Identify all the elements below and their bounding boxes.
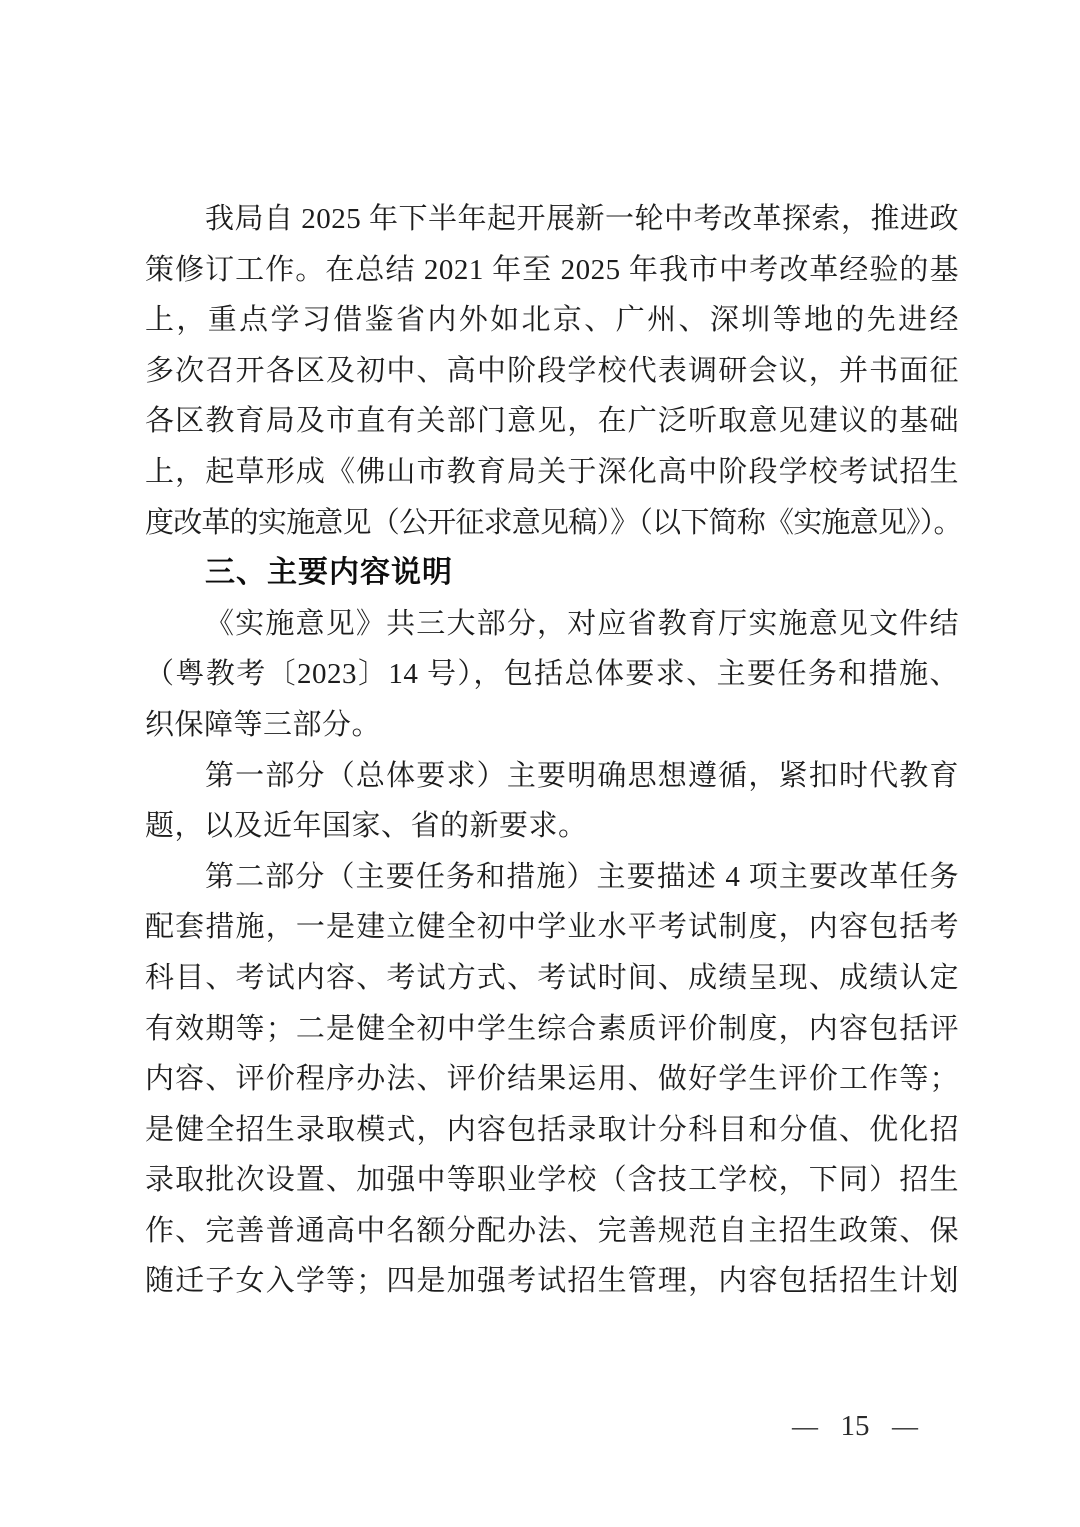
text-line: 上，起草形成《佛山市教育局关于深化高中阶段学校考试招生制 [145,447,959,498]
text-line: 第二部分（主要任务和措施）主要描述 4 项主要改革任务和 [145,852,959,903]
text-line: 录取批次设置、加强中等职业学校（含技工学校，下同）招生工 [145,1155,959,1206]
text-line: 度改革的实施意见（公开征求意见稿）》（以下简称《实施意见》）。 [145,498,959,549]
text-line: 作、完善普通高中名额分配办法、完善规范自主招生政策、保障 [145,1206,959,1257]
text-line: 多次召开各区及初中、高中阶段学校代表调研会议，并书面征求 [145,346,959,397]
text-line: 内容、评价程序办法、评价结果运用、做好学生评价工作等；三 [145,1054,959,1105]
text-line: 有效期等；二是健全初中学生综合素质评价制度，内容包括评价 [145,1004,959,1055]
footer-left-dash: — [792,1412,818,1442]
page-footer: — 15 — [792,1410,918,1443]
text-line: 《实施意见》共三大部分，对应省教育厅实施意见文件结构 [145,599,959,650]
text-line: 配套措施，一是建立健全初中学业水平考试制度，内容包括考试 [145,902,959,953]
text-line: 科目、考试内容、考试方式、考试时间、成绩呈现、成绩认定及 [145,953,959,1004]
text-line: 随迁子女入学等；四是加强考试招生管理，内容包括招生计划的 [145,1256,959,1307]
page-number: 15 [841,1410,870,1443]
footer-right-dash: — [892,1412,918,1442]
text-line: 题，以及近年国家、省的新要求。 [145,801,959,852]
text-line: 上，重点学习借鉴省内外如北京、广州、深圳等地的先进经验。 [145,295,959,346]
text-line: 织保障等三部分。 [145,700,959,751]
section-heading: 三、主要内容说明 [145,548,959,599]
text-line: 我局自 2025 年下半年起开展新一轮中考改革探索，推进政 [145,194,959,245]
text-line: 各区教育局及市直有关部门意见，在广泛听取意见建议的基础 [145,396,959,447]
text-line: 策修订工作。在总结 2021 年至 2025 年我市中考改革经验的基础 [145,245,959,296]
text-line: 是健全招生录取模式，内容包括录取计分科目和分值、优化招生 [145,1105,959,1156]
text-line: （粤教考〔2023〕14 号），包括总体要求、主要任务和措施、组 [145,649,959,700]
text-line: 第一部分（总体要求）主要明确思想遵循，紧扣时代教育主 [145,751,959,802]
document-page: 我局自 2025 年下半年起开展新一轮中考改革探索，推进政策修订工作。在总结 2… [0,0,1080,1527]
document-text-block: 我局自 2025 年下半年起开展新一轮中考改革探索，推进政策修订工作。在总结 2… [145,194,959,1307]
